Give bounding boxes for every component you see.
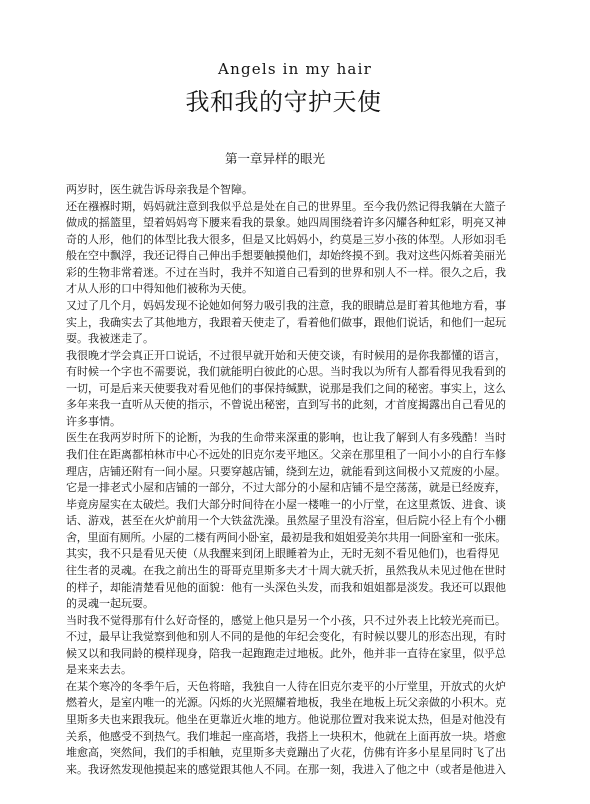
text-line: 理店，店铺还附有一间小屋。只要穿越店铺，绕到左边，就能看到这间极小又荒废的小屋。 — [66, 464, 528, 481]
text-line: 耍。我被迷走了。 — [66, 331, 528, 348]
text-line: 往生者的灵魂。在我之前出生的哥哥克里斯多夫才十周大就夭折，虽然我从未见过他在世时 — [66, 563, 528, 580]
text-line: 燃着火，是室内唯一的光源。闪烁的火光照耀着地板，我坐在地板上玩父亲做的小积木。克 — [66, 695, 528, 712]
text-line: 是来来去去。 — [66, 662, 528, 679]
text-line: 又过了几个月，妈妈发现不论她如何努力吸引我的注意，我的眼睛总是盯着其他地方看，事 — [66, 298, 528, 315]
text-line: 许多事情。 — [66, 414, 528, 431]
text-line: 两岁时，医生就告诉母亲我是个智障。 — [66, 182, 528, 199]
text-line: 堆愈高，突然间，我们的手相触，克里斯多夫竟蹦出了火花，仿佛有许多小星星同时飞了出 — [66, 745, 528, 762]
text-line: 彩的生物非常着迷。不过在当时，我并不知道自己看到的世界和别人不一样。很久之后，我 — [66, 265, 528, 282]
text-line: 舍，里面有厕所。小屋的二楼有两间小卧室，最初是我和姐姐爱美尔共用一间卧室和一张床… — [66, 530, 528, 547]
text-line: 做成的摇篮里，望着妈妈弯下腰来看我的景象。她四周围绕着许多闪耀各种虹彩，明亮又神 — [66, 215, 528, 232]
text-line: 医生在我两岁时所下的论断，为我的生命带来深重的影响，也让我了解到人有多残酷！当时 — [66, 430, 528, 447]
text-line: 还在襁褓时期，妈妈就注意到我似乎总是处在自己的世界里。至今我仍然记得我躺在大篮子 — [66, 199, 528, 216]
text-line: 不过，最早让我觉察到他和别人不同的是他的年纪会变化，有时候以婴儿的形态出现，有时 — [66, 629, 528, 646]
text-line: 实上，我确实去了其他地方，我跟着天使走了，看着他们做事，跟他们说话，和他们一起玩 — [66, 315, 528, 332]
text-line: 奇的人形，他们的体型比我大很多，但是又比妈妈小，约莫是三岁小孩的体型。人形如羽毛 — [66, 232, 528, 249]
text-line: 它是一排老式小屋和店铺的一部分，不过大部分的小屋和店铺不是空荡荡，就是已经废弃， — [66, 480, 528, 497]
text-line: 在某个寒冷的冬季午后，天色将暗，我独自一人待在旧克尔麦平的小厅堂里，开放式的火炉 — [66, 679, 528, 696]
text-line: 才从人形的口中得知他们被称为天使。 — [66, 281, 528, 298]
text-line: 里斯多夫也来跟我玩。他坐在更靠近火堆的地方。他说那位置对我来说太热，但是对他没有 — [66, 712, 528, 729]
text-line: 其实，我不只是看见天使（从我醒来到闭上眼睡着为止，无时无刻不看见他们)，也看得见 — [66, 546, 528, 563]
text-line: 当时我不觉得那有什么好奇怪的，感觉上他只是另一个小孩，只不过外表上比较光亮而已。 — [66, 613, 528, 630]
book-title-english: Angels in my hair — [0, 60, 590, 78]
text-line: 话、游戏，甚至在火炉前用一个大铁盆洗澡。虽然屋子里没有浴室，但后院小径上有个小棚 — [66, 513, 528, 530]
body-text: 两岁时，医生就告诉母亲我是个智障。还在襁褓时期，妈妈就注意到我似乎总是处在自己的… — [66, 182, 528, 778]
text-line: 的样子，却能清楚看见他的面貌：他有一头深色头发，而我和姐姐都是淡发。我还可以跟他 — [66, 580, 528, 597]
text-line: 的灵魂一起玩耍。 — [66, 596, 528, 613]
text-line: 来。我讶然发现他摸起来的感觉跟其他人不同。在那一刻，我进入了他之中（或者是他进入 — [66, 762, 528, 779]
text-line: 我很晚才学会真正开口说话，不过很早就开始和天使交谈，有时候用的是你我都懂的语言， — [66, 348, 528, 365]
chapter-heading: 第一章异样的眼光 — [0, 149, 590, 167]
text-line: 关系，他感受不到热气。我们堆起一座高塔，我搭上一块积木，他就在上面再放一块。塔愈 — [66, 729, 528, 746]
text-line: 多年来我一直听从天使的指示，不曾说出秘密，直到写书的此刻，才首度揭露出自己看见的 — [66, 397, 528, 414]
document-page: Angels in my hair 我和我的守护天使 第一章异样的眼光 两岁时，… — [0, 0, 590, 804]
text-line: 有时候一个字也不需要说，我们就能明白彼此的心思。当时我以为所有人都看得见我看到的 — [66, 364, 528, 381]
text-line: 一切，可是后来天使要我对看见他们的事保持缄默，说那是我们之间的秘密。事实上，这么 — [66, 381, 528, 398]
book-title-chinese: 我和我的守护天使 — [0, 82, 590, 117]
text-line: 我们住在距离都柏林市中心不远处的旧克尔麦平地区。父亲在那里租了一间小小的自行车修 — [66, 447, 528, 464]
text-line: 候又以和我同龄的模样现身，陪我一起跑跑走过地板。此外，他并非一直待在家里，似乎总 — [66, 646, 528, 663]
text-line: 毕竟房屋实在太破烂。我们大部分时间待在小屋一楼唯一的小厅堂，在这里煮饭、进食、谈 — [66, 497, 528, 514]
text-line: 般在空中飘浮，我还记得自己伸出手想要触摸他们，却始终摸不到。我对这些闪烁着美丽光 — [66, 248, 528, 265]
